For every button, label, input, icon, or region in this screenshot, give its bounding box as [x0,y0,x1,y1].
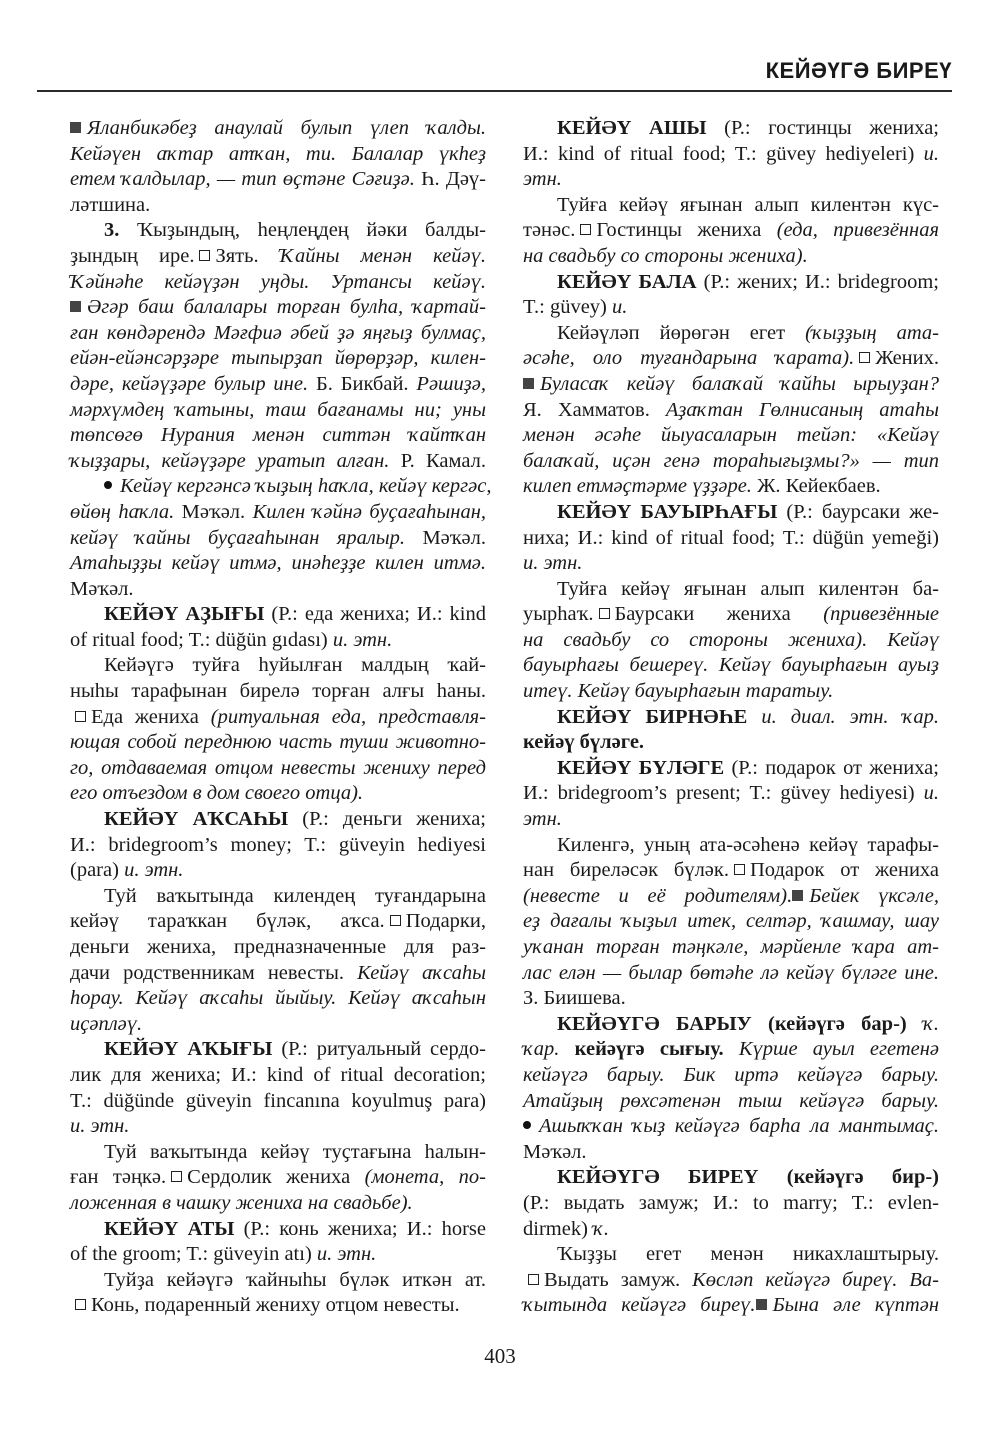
text-line: на свадьбу со стороны жениха). [523,244,939,270]
translation-box-icon [390,915,401,926]
text-line: тәнәс.Гостинцы жениха (еда, привезённая [523,218,939,244]
text-segment: Кейәүгә туйға һуйылған малдың ҡай- [104,654,486,676]
italic-text: Кейәү аҡсаһы [357,962,486,984]
italic-text: кейәүгә барыу. Бик иртә кейәүгә барыу. [523,1064,939,1086]
text-line: Кейәүен аҡтар атҡан, ти. Балалар үкһеҙ [70,142,486,168]
text-line: Еда жениха (ритуальная еда, представля- [70,705,486,731]
translation-box-icon [528,1274,539,1285]
translation-box-icon [599,608,610,619]
italic-text: Атаһыҙҙы кейәү итмә, инәһеҙҙе килен итмә… [70,552,486,574]
text-line: (невесте и её родителям).Бейек үксәле, [523,884,939,910]
italic-text: килеп етмәҫтәрме үҙҙәре. [523,475,752,497]
text-line: of the groom; T.: güveyin atı) и. этн. [70,1242,486,1268]
text-segment: Кейәүләп йөрөгән егет [557,322,805,344]
italic-text: ҡар. [523,1038,559,1060]
headword: КЕЙӘҮ АТЫ [104,1218,234,1240]
text-line: Туйға кейәү яғынан алып килентән күс- [523,193,939,219]
text-line: килеп етмәҫтәрме үҙҙәре. Ж. Кейекбаев. [523,474,939,500]
italic-text: ющая собой переднюю часть туши животно- [70,731,486,753]
right-column: КЕЙӘҮ АШЫ (Р.: гостинцы жениха;И.: kind … [523,116,939,1319]
text-line: Кейәүләп йөрөгән егет (ҡыҙҙың ата- [523,321,939,347]
headword: 3. [104,219,119,241]
translation-box-icon [171,1171,182,1182]
italic-text: әсәһе, оло туғандарына ҡарата). [523,347,854,369]
example-square-icon [70,301,81,312]
text-line: Ашыҡҡан ҡыҙ кейәүгә барһа ла мантымаҫ. [523,1114,939,1140]
text-line: ейән-ейәнсәрҙәре тыпырҙап йөрөрҙәр, киле… [70,346,486,372]
italic-text: итеү. Кейәү бауырһағын таратыу. [523,680,833,702]
text-line: dirmek) ҡ. [523,1217,939,1243]
text-line: еҙ дағалы ҡыҙыл итек, селтәр, ҡашмау, ша… [523,909,939,935]
text-line: етем ҡалдылар, — тип өҫтәне Сәғиҙә. Һ. Д… [70,167,486,193]
left-column: Яланбикәбеҙ анаулай булып үлеп ҡалды.Кей… [70,116,486,1319]
text-segment: (Р.: выдать замуж; И.: to marry; T.: evl… [523,1192,939,1214]
italic-text: и. [924,143,939,165]
translation-box-icon [199,250,210,261]
italic-text: һорау. Кейәү аҡсаһы йыйыу. Кейәү аҡсаһын [70,987,486,1009]
italic-text: (привезённые [823,603,939,625]
text-segment: dirmek) [523,1218,593,1240]
italic-text: (ритуальная еда, представля- [211,706,486,728]
italic-text: төпсөгө Нурания менән ситтән ҡайтҡан [70,424,486,446]
text-line: КЕЙӘҮ БҮЛӘГЕ (Р.: подарок от жениха; [523,756,939,782]
text-line: И.: bridegroom’s present; T.: güvey hedi… [523,781,939,807]
text-line: итеү. Кейәү бауырһағын таратыу. [523,679,939,705]
text-line: кейәүгә барыу. Бик иртә кейәүгә барыу. [523,1063,939,1089]
text-segment: Туй ваҡытында килендең туғандарына [104,885,486,907]
text-line: Выдать замуж. Көсләп кейәүгә биреү. Ва- [523,1268,939,1294]
example-square-icon [523,378,534,389]
text-line: уҡанан торған тәңкәле, мәрйенле ҡара ат- [523,935,939,961]
text-line: ҡар. кейәүгә сығыу. Күрше ауыл егетенә [523,1037,939,1063]
text-line: ныһы тарафынан бирелә торған алғы һаны. [70,679,486,705]
text-segment: ныһы тарафынан бирелә торған алғы һаны. [70,680,486,702]
text-segment: И.: bridegroom’s present; T.: güvey hedi… [523,782,924,804]
text-segment: (para) [70,859,124,881]
text-segment: Мәҡәл. [523,1141,587,1163]
text-line: ған тәңкә.Сердолик жениха (монета, по- [70,1165,486,1191]
text-segment: Я. Хамматов. [523,399,666,421]
italic-text: и. этн. [523,552,582,574]
text-segment: Зять. [215,245,279,267]
italic-text: Ҡайны менән кейәү. [280,245,486,267]
example-square-icon [756,1299,767,1310]
text-segment: Киленгә, уның ата-әсәһенә кейәү тарафы- [557,834,939,856]
text-line: бауырһағы бешереү. Кейәү бауырһағын ауыҙ [523,653,939,679]
text-segment: нан биреләсәк бүләк. [523,859,729,881]
text-line: нан биреләсәк бүләк.Подарок от жениха [523,858,939,884]
italic-text: ҡ. [907,1013,939,1035]
text-line: этн. [523,807,939,833]
text-segment: (Р.: подарок от жениха; [724,757,939,779]
italic-text: Күрше ауыл егетенә [724,1038,939,1060]
italic-text: еҙ дағалы ҡыҙыл итек, селтәр, ҡашмау, ша… [523,910,939,932]
text-segment: Еда жениха [91,706,211,728]
headword: КЕЙӘҮ АҠСАҺЫ [104,808,288,830]
text-line: ләтшина. [70,193,486,219]
text-segment: T.: güvey) [523,296,612,318]
text-line: (para) и. этн. [70,858,486,884]
italic-text: Кейәүен аҡтар атҡан, ти. Балалар үкһеҙ [70,143,486,165]
italic-text: лас елән — былар бөтәһе лә кейәү бүләге … [523,962,939,984]
text-segment: И.: bridegroom’s money; T.: güveyin hedi… [70,834,486,856]
text-line: ҡытында кейәүгә биреү.Бына әле күптән [523,1293,939,1319]
text-line: Ҡыҙҙы егет менән никахлаштырыу. [523,1242,939,1268]
headword: КЕЙӘҮ БАЛА [557,271,697,293]
text-line: З. Биишева. [523,986,939,1012]
italic-text: и. этн. [333,629,392,651]
translation-box-icon [75,1299,86,1310]
headword: кейәүгә сығыу. [559,1038,723,1060]
text-segment: Сердолик жениха [187,1166,364,1188]
text-line: Атаһыҙҙы кейәү итмә, инәһеҙҙе килен итмә… [70,551,486,577]
text-segment: деньги жениха, предназначенные для раз- [70,936,486,958]
italic-text: дәре, кейәүҙәре булыр ине. [70,373,308,395]
text-segment: Ҡыҙындың, һеңлеңдең йәки балды- [119,219,486,241]
text-line: Кейәүгә туйға һуйылған малдың ҡай- [70,653,486,679]
proverb-bullet-icon [104,481,112,489]
text-line: Атайҙың рөхсәтенән тыш кейәүгә барыу. [523,1089,939,1115]
italic-text: Рәшиҙә, [416,373,486,395]
text-line: Туйға кейәү яғынан алып килентән ба- [523,577,939,603]
italic-text: кейәү ҡайны буҫағаһынан яралыр. [70,527,405,549]
text-segment: Выдать замуж. [544,1269,692,1291]
text-line: КЕЙӘҮ АҘЫҒЫ (Р.: еда жениха; И.: kind [70,602,486,628]
italic-text: Ҡәйнәһе кейәүҙән уңды. Уртансы кейәү. [70,271,486,293]
italic-text: Ашыҡҡан ҡыҙ кейәүгә барһа ла мантымаҫ. [539,1115,939,1137]
text-segment: (Р.: ритуальный сердо- [272,1038,486,1060]
text-line: КЕЙӘҮ АҠСАҺЫ (Р.: деньги жениха; [70,807,486,833]
text-line: ющая собой переднюю часть туши животно- [70,730,486,756]
text-line: кейәү бүләге. [523,730,939,756]
text-line: Мәҡәл. [523,1140,939,1166]
text-segment: of the groom; T.: güveyin atı) [70,1243,317,1265]
proverb-bullet-icon [523,1121,531,1129]
header-rule [37,90,952,92]
text-line: T.: düğünde güveyin fincanına koyulmuş p… [70,1089,486,1115]
text-line: дачи родственникам невесты. Кейәү аҡсаһы [70,961,486,987]
italic-text: уҡанан торған тәңкәле, мәрйенле ҡара ат- [523,936,939,958]
text-segment: (Р.: деньги жениха; [288,808,486,830]
headword: кейәү бүләге. [523,731,644,753]
italic-text: и. этн. [70,1115,129,1137]
text-segment: кейәү тараҡкан бүләк, аҡса. [70,910,385,932]
italic-text: (монета, по- [365,1166,486,1188]
italic-text: ҡ. [593,1218,609,1240]
text-line: уырһаҡ.Баурсаки жениха (привезённые [523,602,939,628]
headword: КЕЙӘҮ АҠЫҒЫ [104,1038,272,1060]
text-line: КЕЙӘҮ АТЫ (Р.: конь жениха; И.: horse [70,1217,486,1243]
italic-text: (ҡыҙҙың ата- [805,322,939,344]
italic-text: Атайҙың рөхсәтенән тыш кейәүгә барыу. [523,1090,939,1112]
text-segment: Мәҡәл. [70,578,134,600]
text-line: өйөң һаҡла. Мәҡәл. Килен ҡәйнә буҫағаһын… [70,500,486,526]
text-segment: Гостинцы жениха [596,219,776,241]
example-square-icon [70,122,81,133]
italic-text: на свадьбу со стороны жениха). Кейәү [523,629,939,651]
text-segment: ниха; И.: kind of ritual food; T.: düğün… [523,527,939,549]
text-segment: Р. Камал. [389,450,486,472]
translation-box-icon [734,864,745,875]
translation-box-icon [75,711,86,722]
headword: КЕЙӘҮ БИРНӘҺЕ [557,706,747,728]
italic-text: иҫәпләү. [70,1013,142,1035]
text-segment: Һ. Дәү- [415,168,486,190]
text-line: T.: güvey) и. [523,295,939,321]
text-line: Буласаҡ кейәү балаҡай ҡайһы ырыуҙан? [523,372,939,398]
italic-text: и. [924,782,939,804]
text-line: КЕЙӘҮ БАУЫРҺАҒЫ (Р.: баурсаки же- [523,500,939,526]
text-segment: Подарки, [406,910,486,932]
text-line: КЕЙӘҮ БАЛА (Р.: жених; И.: bridegroom; [523,270,939,296]
text-segment: (Р.: конь жениха; И.: horse [234,1218,486,1240]
text-segment: Баурсаки жениха [615,603,824,625]
text-line: деньги жениха, предназначенные для раз- [70,935,486,961]
italic-text: и. диал. этн. ҡар. [747,706,939,728]
italic-text: и. этн. [317,1243,376,1265]
text-line: Туй ваҡытында кейәү туҫтағына һалын- [70,1140,486,1166]
text-line: Яланбикәбеҙ анаулай булып үлеп ҡалды. [70,116,486,142]
italic-text: на свадьбу со стороны жениха). [523,245,808,267]
example-square-icon [792,890,803,901]
text-segment: Туйға кейәү яғынан алып килентән күс- [557,194,939,216]
running-head-title: КЕЙӘҮГӘ БИРЕҮ [766,58,952,84]
text-line: Конь, подаренный жениху отцом невесты. [70,1293,486,1319]
italic-text: Аҙаҡтан Гөлнисаның атаһы [666,399,939,421]
italic-text: менән әсәһе йыуасаларын тейәп: «Кейәү [523,424,939,446]
text-line: ложенная в чашку жениха на свадьбе). [70,1191,486,1217]
text-segment: (Р.: еда жениха; И.: kind [264,603,486,625]
text-segment: ләтшина. [70,194,150,216]
text-segment: Б. Бикбай. [308,373,416,395]
italic-text: этн. [523,808,562,830]
text-line: кейәү ҡайны буҫағаһынан яралыр. Мәҡәл. [70,526,486,552]
headword: КЕЙӘҮ АШЫ [557,117,707,139]
italic-text: ейән-ейәнсәрҙәре тыпырҙап йөрөрҙәр, киле… [70,347,486,369]
text-line: И.: kind of ritual food; T.: güvey hediy… [523,142,939,168]
translation-box-icon [580,224,591,235]
italic-text: и. этн. [124,859,183,881]
text-line: И.: bridegroom’s money; T.: güveyin hedi… [70,833,486,859]
text-segment: лик для жениха; И.: kind of ritual decor… [70,1064,486,1086]
text-line: Туй ваҡытында килендең туғандарына [70,884,486,910]
translation-box-icon [859,352,870,363]
italic-text: Бына әле күптән [773,1294,939,1316]
text-segment: of ritual food; T.: düğün gıdası) [70,629,333,651]
italic-text: (невесте и её родителям). [523,885,792,907]
page-number: 403 [0,1344,1000,1369]
text-line: его отъездом в дом своего отца). [70,781,486,807]
text-segment: Ж. Кейекбаев. [752,475,881,497]
text-line: на свадьбу со стороны жениха). Кейәү [523,628,939,654]
text-line: этн. [523,167,939,193]
text-line: и. этн. [523,551,939,577]
text-line: лас елән — былар бөтәһе лә кейәү бүләге … [523,961,939,987]
text-line: Мәҡәл. [70,577,486,603]
italic-text: ложенная в чашку жениха на свадьбе). [70,1192,413,1214]
text-line: of ritual food; T.: düğün gıdası) и. этн… [70,628,486,654]
text-line: лик для жениха; И.: kind of ritual decor… [70,1063,486,1089]
text-segment: (Р.: баурсаки же- [777,501,939,523]
text-line: иҫәпләү. [70,1012,486,1038]
headword: КЕЙӘҮ АҘЫҒЫ [104,603,264,625]
headword: КЕЙӘҮ БҮЛӘГЕ [557,757,724,779]
text-segment: (Р.: жених; И.: bridegroom; [697,271,939,293]
text-segment: ған тәңкә. [70,1166,166,1188]
text-line: КЕЙӘҮГӘ БИРЕҮ (кейәүгә бир-) [523,1165,939,1191]
text-segment: T.: düğünde güveyin fincanına koyulmuş p… [70,1090,486,1112]
headword: КЕЙӘҮ БАУЫРҺАҒЫ [557,501,777,523]
text-line: КЕЙӘҮ АҠЫҒЫ (Р.: ритуальный сердо- [70,1037,486,1063]
italic-text: балаҡай, иҫән генә тораһығыҙмы?» — тип [523,450,939,472]
text-segment: Туйға кейәү яғынан алып килентән ба- [557,578,939,600]
italic-text: Яланбикәбеҙ анаулай булып үлеп ҡалды. [87,117,486,139]
text-segment: З. Биишева. [523,987,626,1009]
text-line: ҡыҙҙары, кейәүҙәре уратып алған. Р. Кама… [70,449,486,475]
text-line: төпсөгө Нурания менән ситтән ҡайтҡан [70,423,486,449]
text-segment: И.: kind of ritual food; T.: güvey hediy… [523,143,924,165]
italic-text: этн. [523,168,562,190]
italic-text: өйөң һаҡла. [70,501,174,523]
text-segment: Мәҡәл. [174,501,252,523]
text-segment: дачи родственникам невесты. [70,962,357,984]
italic-text: Көсләп кейәүгә биреү. Ва- [692,1269,939,1291]
text-line: әсәһе, оло туғандарына ҡарата).Жених. [523,346,939,372]
text-line: Я. Хамматов. Аҙаҡтан Гөлнисаның атаһы [523,398,939,424]
italic-text: ҡытында кейәүгә биреү. [523,1294,756,1316]
italic-text: Бейек үксәле, [809,885,939,907]
text-line: менән әсәһе йыуасаларын тейәп: «Кейәү [523,423,939,449]
text-line: (Р.: выдать замуж; И.: to marry; T.: evl… [523,1191,939,1217]
text-line: Киленгә, уның ата-әсәһенә кейәү тарафы- [523,833,939,859]
text-segment: Подарок от жениха [750,859,939,881]
text-segment: тәнәс. [523,219,575,241]
text-line: го, отдаваемая отцом невесты жениху пере… [70,756,486,782]
headword: КЕЙӘҮГӘ БИРЕҮ (кейәүгә бир-) [557,1166,939,1188]
text-segment: Ҡыҙҙы егет менән никахлаштырыу. [557,1243,939,1265]
italic-text: и. [612,296,627,318]
text-segment: (Р.: гостинцы жениха; [707,117,939,139]
italic-text: Килен ҡәйнә буҫағаһынан, [253,501,486,523]
italic-text: его отъездом в дом своего отца). [70,782,363,804]
italic-text: бауырһағы бешереү. Кейәү бауырһағын ауыҙ [523,654,939,676]
text-line: һорау. Кейәү аҡсаһы йыйыу. Кейәү аҡсаһын [70,986,486,1012]
italic-text: мәрхүмдең ҡатыны, таш бағанамы ни; уны [70,399,486,421]
italic-text: Кейәү кергәнсә ҡыҙың һаҡла, кейәү кергәс… [120,475,491,497]
italic-text: Әгәр баш балалары торған булһа, ҡартай- [87,296,486,318]
text-line: и. этн. [70,1114,486,1140]
text-segment: Туй ваҡытында кейәү туҫтағына һалын- [104,1141,486,1163]
text-line: кейәү тараҡкан бүләк, аҡса.Подарки, [70,909,486,935]
italic-text: ған көндәрендә Мәғфиә әбей ҙә яңғыҙ булм… [70,322,486,344]
text-line: 3. Ҡыҙындың, һеңлеңдең йәки балды- [70,218,486,244]
text-line: КЕЙӘҮ БИРНӘҺЕ и. диал. этн. ҡар. [523,705,939,731]
italic-text: Буласаҡ кейәү балаҡай ҡайһы ырыуҙан? [540,373,939,395]
text-line: Әгәр баш балалары торған булһа, ҡартай- [70,295,486,321]
text-line: ниха; И.: kind of ritual food; T.: düğün… [523,526,939,552]
text-segment: Жених. [875,347,939,369]
text-line: Кейәү кергәнсә ҡыҙың һаҡла, кейәү кергәс… [70,474,486,500]
text-line: балаҡай, иҫән генә тораһығыҙмы?» — тип [523,449,939,475]
text-line: ҙындың ире.Зять. Ҡайны менән кейәү. [70,244,486,270]
text-segment: Туйҙа кейәүгә ҡайныһы бүләк иткән ат. [104,1269,486,1291]
text-line: мәрхүмдең ҡатыны, таш бағанамы ни; уны [70,398,486,424]
text-line: Ҡәйнәһе кейәүҙән уңды. Уртансы кейәү. [70,270,486,296]
text-segment: уырһаҡ. [523,603,594,625]
text-line: дәре, кейәүҙәре булыр ине. Б. Бикбай. Рә… [70,372,486,398]
text-line: КЕЙӘҮГӘ БАРЫУ (кейәүгә бар-) ҡ. [523,1012,939,1038]
text-line: Туйҙа кейәүгә ҡайныһы бүләк иткән ат. [70,1268,486,1294]
headword: КЕЙӘҮГӘ БАРЫУ (кейәүгә бар-) [557,1013,907,1035]
italic-text: етем ҡалдылар, — тип өҫтәне Сәғиҙә. [70,168,415,190]
text-line: ған көндәрендә Мәғфиә әбей ҙә яңғыҙ булм… [70,321,486,347]
italic-text: (еда, привезённая [777,219,939,241]
text-line: КЕЙӘҮ АШЫ (Р.: гостинцы жениха; [523,116,939,142]
italic-text: ҡыҙҙары, кейәүҙәре уратып алған. [70,450,389,472]
italic-text: го, отдаваемая отцом невесты жениху пере… [70,757,486,779]
text-segment: Конь, подаренный жениху отцом невесты. [91,1294,460,1316]
text-segment: ҙындың ире. [70,245,194,267]
text-segment: Мәҡәл. [405,527,486,549]
